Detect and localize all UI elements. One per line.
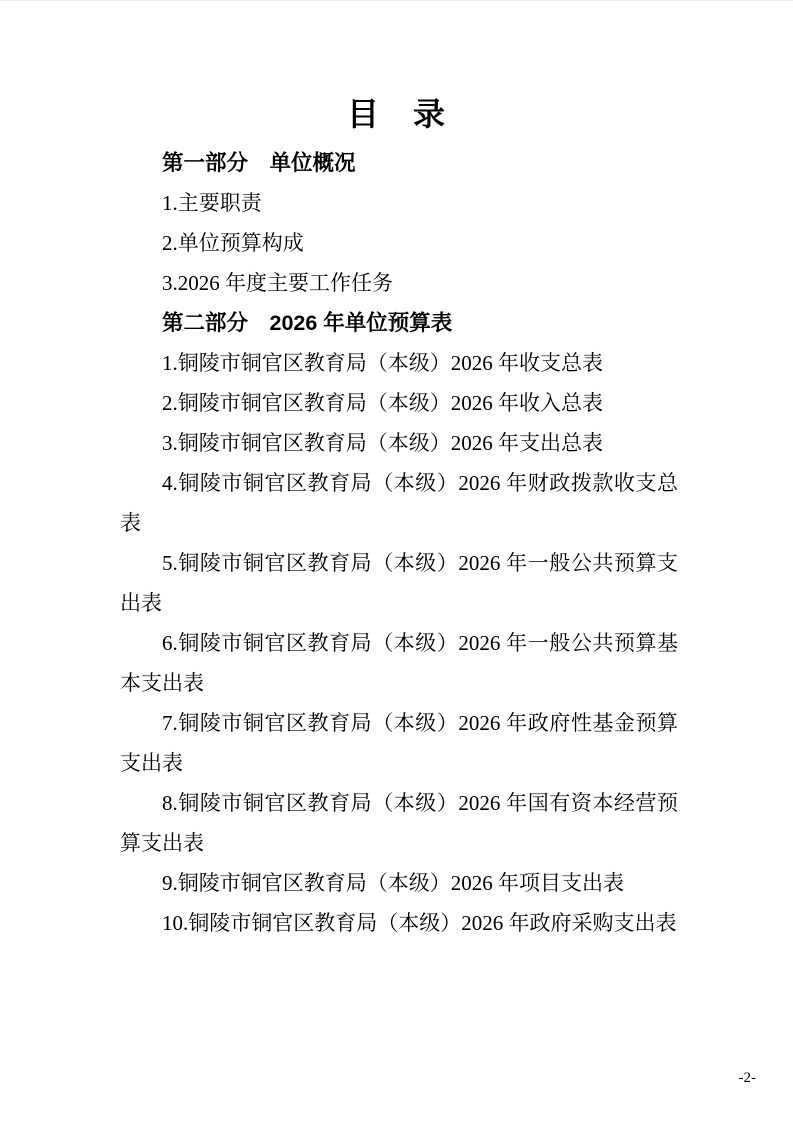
section-heading-budget-tables: 第二部分 2026 年单位预算表 bbox=[120, 303, 678, 343]
toc-item: 2.单位预算构成 bbox=[120, 223, 678, 263]
toc-item: 3.2026 年度主要工作任务 bbox=[120, 263, 678, 303]
document-page: 目 录 第一部分 单位概况 1.主要职责 2.单位预算构成 3.2026 年度主… bbox=[0, 0, 793, 1122]
toc-item: 1.铜陵市铜官区教育局（本级）2026 年收支总表 bbox=[120, 343, 678, 383]
toc-item: 5.铜陵市铜官区教育局（本级）2026 年一般公共预算支出表 bbox=[120, 543, 678, 623]
toc-item: 7.铜陵市铜官区教育局（本级）2026 年政府性基金预算支出表 bbox=[120, 703, 678, 783]
toc-item: 2.铜陵市铜官区教育局（本级）2026 年收入总表 bbox=[120, 383, 678, 423]
toc-item: 1.主要职责 bbox=[120, 183, 678, 223]
toc-item: 8.铜陵市铜官区教育局（本级）2026 年国有资本经营预算支出表 bbox=[120, 783, 678, 863]
toc-item: 6.铜陵市铜官区教育局（本级）2026 年一般公共预算基本支出表 bbox=[120, 623, 678, 703]
toc-item: 10.铜陵市铜官区教育局（本级）2026 年政府采购支出表 bbox=[120, 903, 678, 943]
page-number: -2- bbox=[739, 1067, 757, 1089]
section-heading-unit-overview: 第一部分 单位概况 bbox=[120, 143, 678, 183]
toc-item: 9.铜陵市铜官区教育局（本级）2026 年项目支出表 bbox=[120, 863, 678, 903]
toc-item: 4.铜陵市铜官区教育局（本级）2026 年财政拨款收支总表 bbox=[120, 463, 678, 543]
page-title: 目 录 bbox=[0, 94, 793, 134]
toc-item: 3.铜陵市铜官区教育局（本级）2026 年支出总表 bbox=[120, 423, 678, 463]
table-of-contents: 第一部分 单位概况 1.主要职责 2.单位预算构成 3.2026 年度主要工作任… bbox=[120, 143, 678, 943]
